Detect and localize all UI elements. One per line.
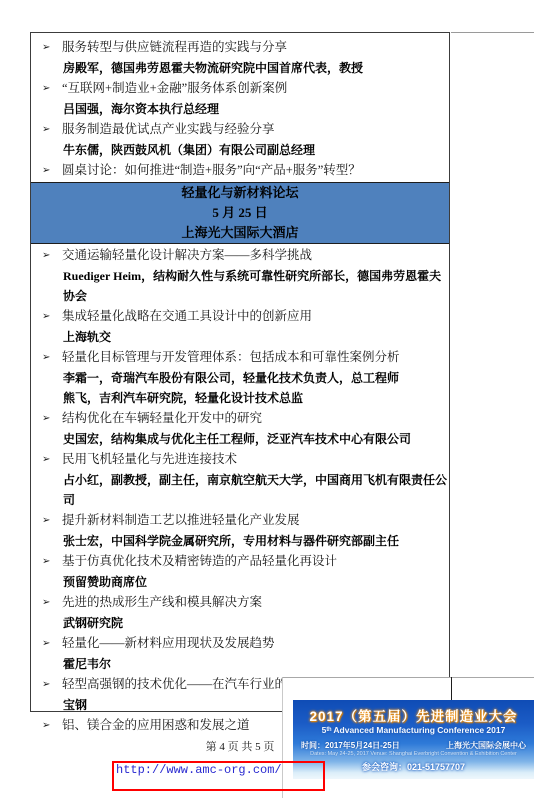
arrow-bullet-icon: ➢: [42, 347, 62, 368]
arrow-bullet-icon: ➢: [42, 245, 62, 266]
arrow-bullet-icon: ➢: [42, 510, 62, 531]
arrow-bullet-icon: ➢: [42, 408, 62, 429]
arrow-bullet-icon: ➢: [42, 633, 62, 654]
lightweight-forum-item-list: ➢交通运输轻量化设计解决方案——多科学挑战Ruediger Heim，结构耐久性…: [31, 245, 449, 736]
agenda-topic-row: ➢圆桌讨论：如何推进“制造+服务”向“产品+服务”转型？: [31, 160, 449, 181]
speaker-line: 上海轨交: [31, 327, 449, 347]
promo-contact-phone: 参会咨询：021-51757707: [293, 760, 534, 773]
speaker-line: 史国宏，结构集成与优化主任工程师，泛亚汽车技术中心有限公司: [31, 429, 449, 449]
table-right-border-segment: [451, 677, 452, 700]
arrow-bullet-icon: ➢: [42, 449, 62, 470]
topic-text: 基于仿真优化技术及精密铸造的产品轻量化再设计: [62, 551, 449, 571]
speaker-line: Ruediger Heim，结构耐久性与系统可靠性研究所部长，德国弗劳恩霍夫协会: [31, 266, 449, 306]
agenda-table: ➢服务转型与供应链流程再造的实践与分享房殿军，德国弗劳恩霍夫物流研究院中国首席代…: [30, 32, 450, 712]
agenda-topic-row: ➢集成轻量化战略在交通工具设计中的创新应用: [31, 306, 449, 327]
speaker-line: 预留赞助商席位: [31, 572, 449, 592]
arrow-bullet-icon: ➢: [42, 160, 62, 181]
topic-text: 服务制造最优试点产业实践与经验分享: [62, 119, 449, 139]
forum-banner-title: 轻量化与新材料论坛: [31, 183, 449, 203]
arrow-bullet-icon: ➢: [42, 37, 62, 58]
agenda-topic-row: ➢轻量化——新材料应用现状及发展趋势: [31, 633, 449, 654]
arrow-bullet-icon: ➢: [42, 715, 62, 736]
speaker-line: 熊飞，吉利汽车研究院，轻量化设计技术总监: [31, 388, 449, 408]
document-page: ➢服务转型与供应链流程再造的实践与分享房殿军，德国弗劳恩霍夫物流研究院中国首席代…: [0, 0, 534, 798]
agenda-topic-row: ➢“互联网+制造业+金融”服务体系创新案例: [31, 78, 449, 99]
website-link[interactable]: http://www.amc-org.com/: [116, 763, 282, 777]
agenda-topic-row: ➢提升新材料制造工艺以推进轻量化产业发展: [31, 510, 449, 531]
speaker-line: 房殿军，德国弗劳恩霍夫物流研究院中国首席代表，教授: [31, 58, 449, 78]
topic-text: 先进的热成形生产线和模具解决方案: [62, 592, 449, 612]
promo-info-line: 时间：2017年5月24日-25日 上海光大国际会展中心: [293, 735, 534, 751]
speaker-line: 霍尼韦尔: [31, 654, 449, 674]
arrow-bullet-icon: ➢: [42, 78, 62, 99]
promo-title: 2017（第五届）先进制造业大会: [293, 705, 534, 725]
url-highlight-box: http://www.amc-org.com/: [112, 761, 325, 791]
agenda-topic-row: ➢轻量化目标管理与开发管理体系：包括成本和可靠性案例分析: [31, 347, 449, 368]
topic-text: 集成轻量化战略在交通工具设计中的创新应用: [62, 306, 449, 326]
forum-banner-date: 5 月 25 日: [31, 203, 449, 223]
agenda-topic-row: ➢交通运输轻量化设计解决方案——多科学挑战: [31, 245, 449, 266]
service-forum-item-list: ➢服务转型与供应链流程再造的实践与分享房殿军，德国弗劳恩霍夫物流研究院中国首席代…: [31, 37, 449, 181]
agenda-topic-row: ➢服务制造最优试点产业实践与经验分享: [31, 119, 449, 140]
topic-text: “互联网+制造业+金融”服务体系创新案例: [62, 78, 449, 98]
arrow-bullet-icon: ➢: [42, 674, 62, 695]
forum-banner: 轻量化与新材料论坛 5 月 25 日 上海光大国际大酒店: [31, 182, 449, 244]
topic-text: 圆桌讨论：如何推进“制造+服务”向“产品+服务”转型？: [62, 160, 449, 180]
promo-english-line: Dates: May 24-25, 2017 Venue: Shanghai E…: [293, 751, 534, 757]
speaker-line: 李霜一，奇瑞汽车股份有限公司，轻量化技术负责人，总工程师: [31, 368, 449, 388]
agenda-topic-row: ➢基于仿真优化技术及精密铸造的产品轻量化再设计: [31, 551, 449, 572]
topic-text: 服务转型与供应链流程再造的实践与分享: [62, 37, 449, 57]
speaker-line: 张士宏，中国科学院金属研究所，专用材料与器件研究部副主任: [31, 531, 449, 551]
topic-text: 交通运输轻量化设计解决方案——多科学挑战: [62, 245, 449, 265]
topic-text: 提升新材料制造工艺以推进轻量化产业发展: [62, 510, 449, 530]
topic-text: 民用飞机轻量化与先进连接技术: [62, 449, 449, 469]
speaker-line: 吕国强，海尔资本执行总经理: [31, 99, 449, 119]
arrow-bullet-icon: ➢: [42, 119, 62, 140]
table-top-rule-extension: [451, 32, 534, 33]
topic-text: 轻量化目标管理与开发管理体系：包括成本和可靠性案例分析: [62, 347, 449, 367]
arrow-bullet-icon: ➢: [42, 592, 62, 613]
topic-text: 轻量化——新材料应用现状及发展趋势: [62, 633, 449, 653]
speaker-line: 牛东儒，陕西鼓风机（集团）有限公司副总经理: [31, 140, 449, 160]
arrow-bullet-icon: ➢: [42, 551, 62, 572]
arrow-bullet-icon: ➢: [42, 306, 62, 327]
promo-date: 时间：2017年5月24日-25日: [301, 740, 400, 751]
speaker-line: 武钢研究院: [31, 613, 449, 633]
conference-promo-banner: 2017（第五届）先进制造业大会 5ᵗʰ Advanced Manufactur…: [293, 700, 534, 779]
agenda-topic-row: ➢先进的热成形生产线和模具解决方案: [31, 592, 449, 613]
topic-text: 结构优化在车辆轻量化开发中的研究: [62, 408, 449, 428]
forum-banner-venue: 上海光大国际大酒店: [31, 223, 449, 243]
agenda-topic-row: ➢民用飞机轻量化与先进连接技术: [31, 449, 449, 470]
promo-subtitle: 5ᵗʰ Advanced Manufacturing Conference 20…: [293, 725, 534, 735]
promo-venue: 上海光大国际会展中心: [446, 740, 526, 751]
agenda-topic-row: ➢结构优化在车辆轻量化开发中的研究: [31, 408, 449, 429]
speaker-line: 占小红，副教授，副主任，南京航空航天大学，中国商用飞机有限责任公司: [31, 470, 449, 510]
agenda-topic-row: ➢服务转型与供应链流程再造的实践与分享: [31, 37, 449, 58]
